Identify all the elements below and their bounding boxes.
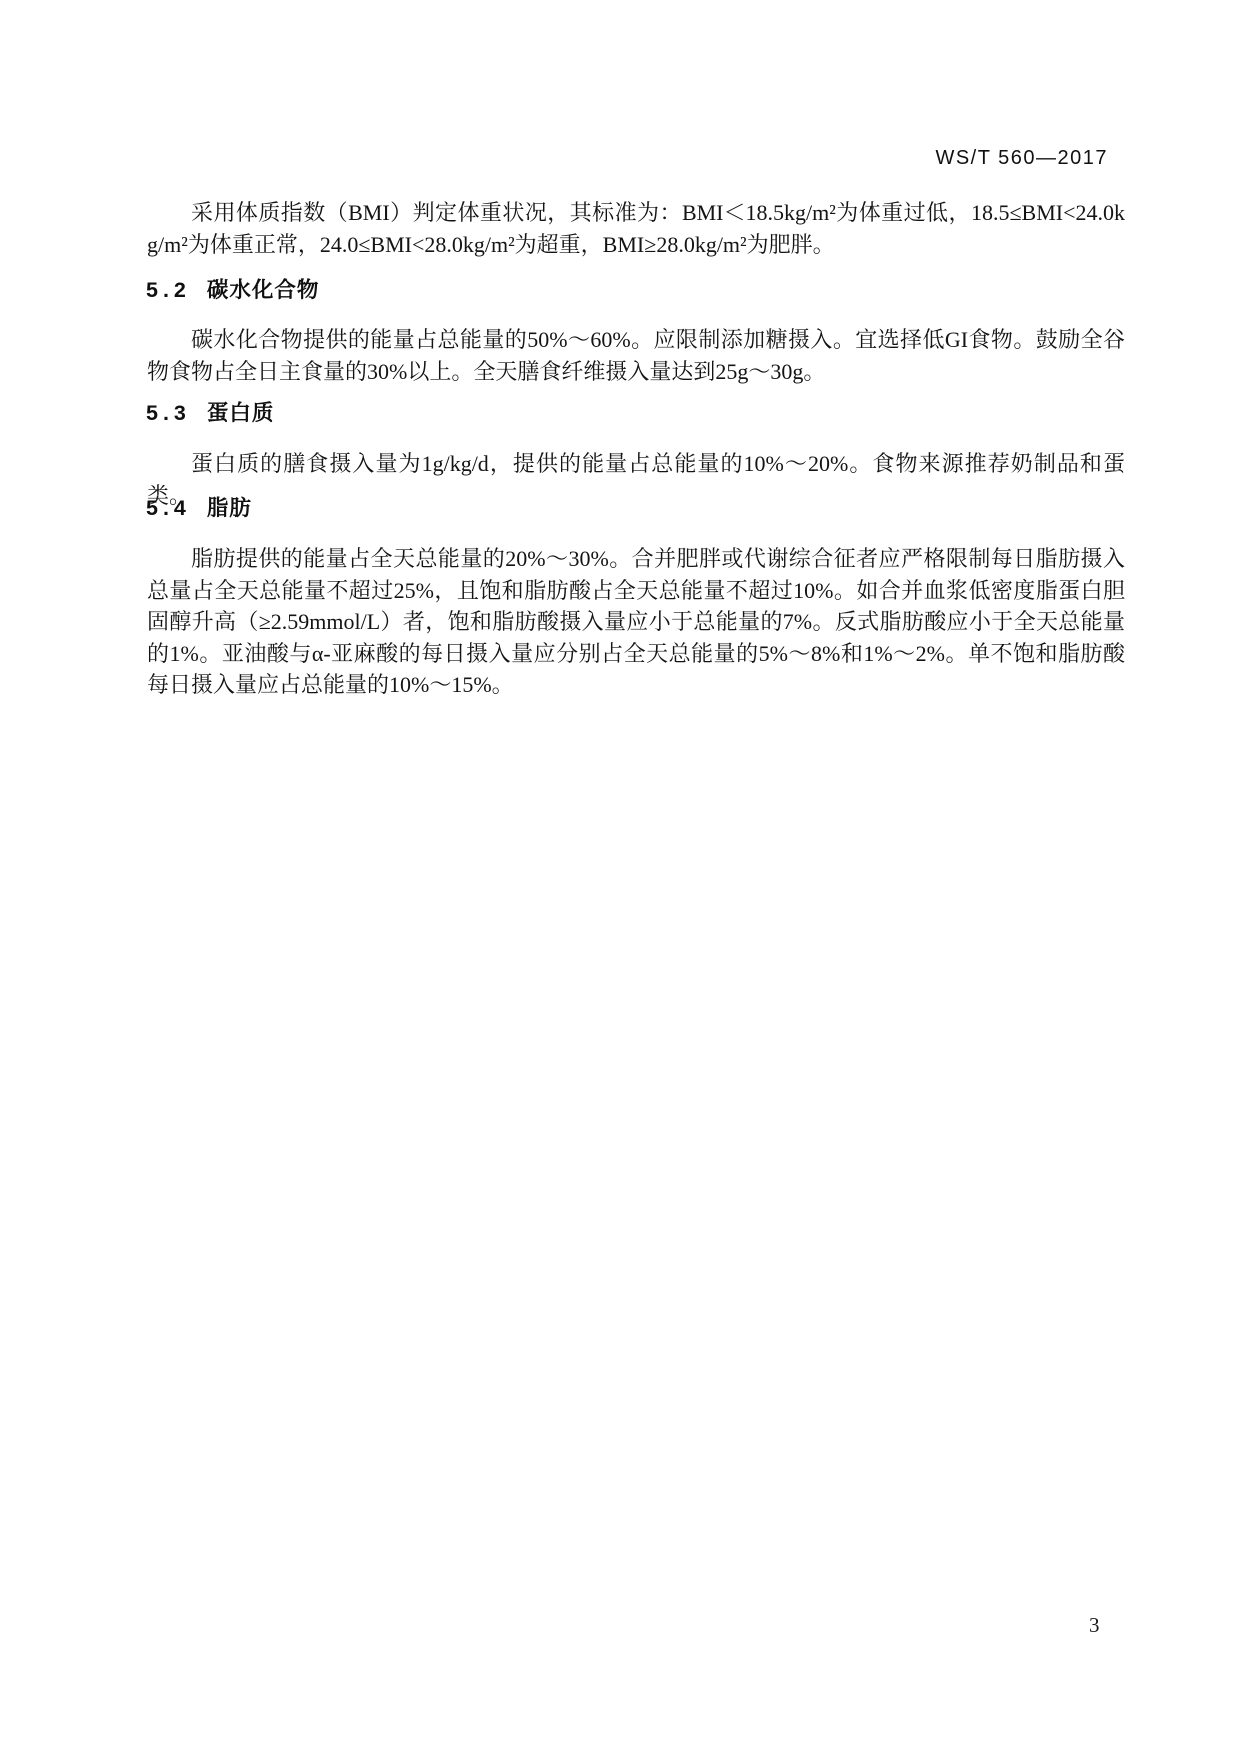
section-number-5-3: 5.3 — [146, 401, 191, 425]
page-number: 3 — [1089, 1612, 1100, 1638]
section-title-protein: 蛋白质 — [207, 401, 275, 425]
section-title-carbohydrates: 碳水化合物 — [207, 278, 320, 302]
section-title-fat: 脂肪 — [207, 496, 252, 520]
section-number-5-4: 5.4 — [146, 496, 191, 520]
section-heading-5-4: 5.4脂肪 — [146, 496, 1124, 520]
paragraph-fat: 脂肪提供的能量占全天总能量的20%～30%。合并肥胖或代谢综合征者应严格限制每日… — [147, 543, 1125, 701]
document-page: WS/T 560—2017 采用体质指数（BMI）判定体重状况，其标准为：BMI… — [0, 0, 1240, 1754]
paragraph-carbohydrates: 碳水化合物提供的能量占总能量的50%～60%。应限制添加糖摄入。宜选择低GI食物… — [147, 324, 1125, 387]
paragraph-bmi-criteria: 采用体质指数（BMI）判定体重状况，其标准为：BMI＜18.5kg/m²为体重过… — [147, 197, 1125, 260]
section-heading-5-3: 5.3蛋白质 — [146, 401, 1124, 425]
section-heading-5-2: 5.2碳水化合物 — [146, 278, 1124, 302]
section-number-5-2: 5.2 — [146, 278, 191, 302]
standard-code-header: WS/T 560—2017 — [935, 147, 1108, 170]
